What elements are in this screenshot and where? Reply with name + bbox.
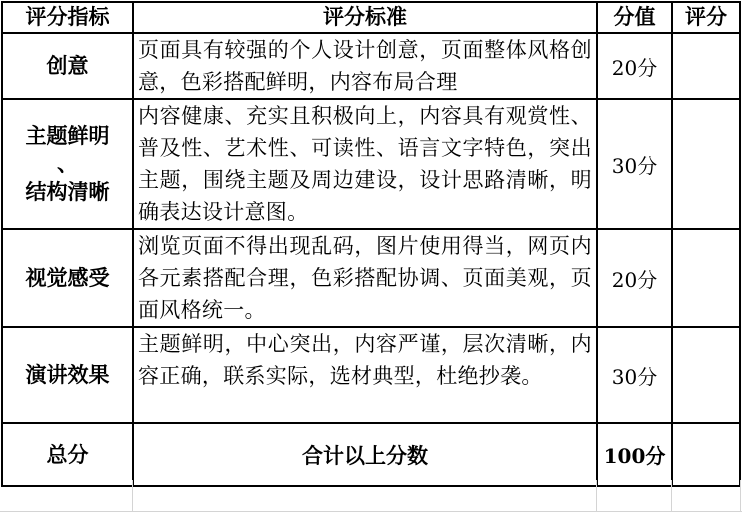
category-cell[interactable]: 视觉感受 <box>2 229 133 327</box>
scoring-rubric-table: 评分指标 评分标准 分值 评分 创意 页面具有较强的个人设计创意，页面整体风格创… <box>1 1 741 487</box>
spreadsheet-sheet: 评分指标 评分标准 分值 评分 创意 页面具有较强的个人设计创意，页面整体风格创… <box>0 0 742 514</box>
criteria-cell[interactable]: 页面具有较强的个人设计创意，页面整体风格创意，色彩搭配鲜明，内容布局合理 <box>133 33 597 99</box>
table-row: 主题鲜明 、 结构清晰 内容健康、充实且积极向上，内容具有观赏性、普及性、艺术性… <box>2 99 740 229</box>
criteria-cell[interactable]: 主题鲜明，中心突出，内容严谨，层次清晰，内容正确，联系实际，选材典型，杜绝抄袭。 <box>133 327 597 423</box>
category-line: 、 <box>3 152 132 176</box>
header-points[interactable]: 分值 <box>597 2 672 33</box>
table-row: 演讲效果 主题鲜明，中心突出，内容严谨，层次清晰，内容正确，联系实际，选材典型，… <box>2 327 740 423</box>
total-row: 总分 合计以上分数 100分 <box>2 423 740 486</box>
criteria-cell[interactable]: 内容健康、充实且积极向上，内容具有观赏性、普及性、艺术性、可读性、语言文字特色，… <box>133 99 597 229</box>
header-standard[interactable]: 评分标准 <box>133 2 597 33</box>
table-row: 创意 页面具有较强的个人设计创意，页面整体风格创意，色彩搭配鲜明，内容布局合理 … <box>2 33 740 99</box>
gridline <box>671 480 672 512</box>
header-score[interactable]: 评分 <box>672 2 740 33</box>
category-line: 主题鲜明 <box>3 120 132 152</box>
header-row: 评分指标 评分标准 分值 评分 <box>2 2 740 33</box>
points-cell[interactable]: 30分 <box>597 99 672 229</box>
score-cell[interactable] <box>672 229 740 327</box>
gridline <box>596 480 597 512</box>
total-description-cell[interactable]: 合计以上分数 <box>133 423 597 486</box>
points-cell[interactable]: 30分 <box>597 327 672 423</box>
score-cell[interactable] <box>672 327 740 423</box>
header-criterion[interactable]: 评分指标 <box>2 2 133 33</box>
gridline <box>0 511 742 512</box>
category-line: 结构清晰 <box>3 176 132 208</box>
category-cell[interactable]: 主题鲜明 、 结构清晰 <box>2 99 133 229</box>
total-label-cell[interactable]: 总分 <box>2 423 133 486</box>
score-cell[interactable] <box>672 99 740 229</box>
points-cell[interactable]: 20分 <box>597 229 672 327</box>
category-cell[interactable]: 演讲效果 <box>2 327 133 423</box>
total-points-cell[interactable]: 100分 <box>597 423 672 486</box>
total-score-cell[interactable] <box>672 423 740 486</box>
category-cell[interactable]: 创意 <box>2 33 133 99</box>
score-cell[interactable] <box>672 33 740 99</box>
criteria-cell[interactable]: 浏览页面不得出现乱码，图片使用得当，网页内各元素搭配合理，色彩搭配协调、页面美观… <box>133 229 597 327</box>
table-row: 视觉感受 浏览页面不得出现乱码，图片使用得当，网页内各元素搭配合理，色彩搭配协调… <box>2 229 740 327</box>
gridline <box>132 480 133 512</box>
gridline <box>740 480 741 512</box>
points-cell[interactable]: 20分 <box>597 33 672 99</box>
